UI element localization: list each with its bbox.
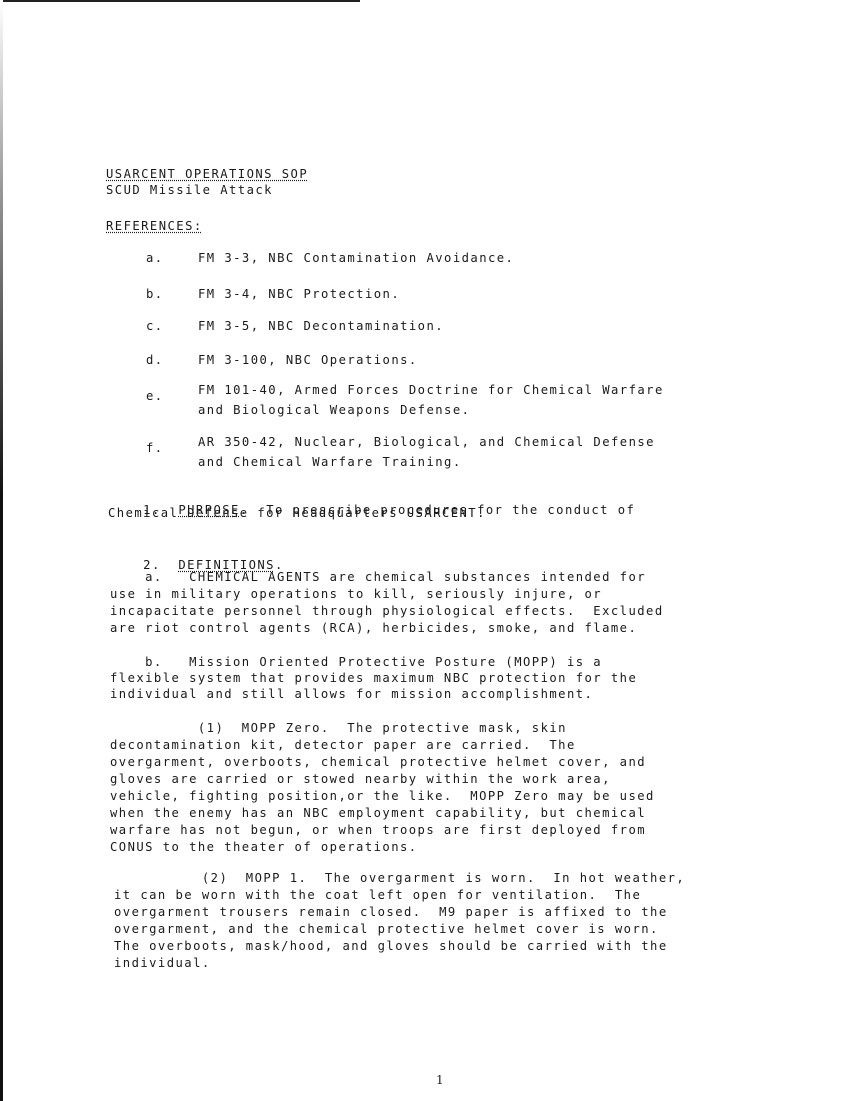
paragraph-line: The overboots, mask/hood, and gloves sho… bbox=[114, 938, 668, 954]
reference-text: and Chemical Warfare Training. bbox=[198, 454, 462, 470]
paragraph-line: overgarment, and the chemical protective… bbox=[114, 921, 659, 937]
paragraph-line: warfare has not begun, or when troops ar… bbox=[110, 822, 646, 838]
paragraph-line: use in military operations to kill, seri… bbox=[110, 586, 602, 602]
paragraph-line: (2) MOPP 1. The overgarment is worn. In … bbox=[114, 870, 685, 886]
paragraph-line: gloves are carried or stowed nearby with… bbox=[110, 771, 611, 787]
scan-edge-top bbox=[0, 0, 360, 2]
reference-label: a. bbox=[146, 250, 164, 266]
document-subtitle: SCUD Missile Attack bbox=[106, 182, 273, 198]
paragraph-line: overgarment trousers remain closed. M9 p… bbox=[114, 904, 668, 920]
paragraph-line: flexible system that provides maximum NB… bbox=[110, 670, 637, 686]
reference-label: d. bbox=[146, 352, 164, 368]
paragraph-line: vehicle, fighting position,or the like. … bbox=[110, 788, 655, 804]
section-text: Chemical Defense for Headquarters USARCE… bbox=[108, 505, 486, 521]
reference-text: FM 3-100, NBC Operations. bbox=[198, 352, 418, 368]
document-title: USARCENT OPERATIONS SOP bbox=[106, 166, 308, 182]
page-number: 1 bbox=[436, 1073, 444, 1087]
paragraph-line: decontamination kit, detector paper are … bbox=[110, 737, 576, 753]
paragraph-line: individual. bbox=[114, 955, 211, 971]
paragraph-line: overgarment, overboots, chemical protect… bbox=[110, 754, 646, 770]
paragraph-line: (1) MOPP Zero. The protective mask, skin bbox=[110, 720, 567, 736]
reference-text: FM 3-4, NBC Protection. bbox=[198, 286, 400, 302]
reference-text: FM 3-3, NBC Contamination Avoidance. bbox=[198, 250, 514, 266]
paragraph-line: it can be worn with the coat left open f… bbox=[114, 887, 641, 903]
paragraph-line: b. Mission Oriented Protective Posture (… bbox=[110, 654, 602, 670]
paragraph-line: a. CHEMICAL AGENTS are chemical substanc… bbox=[110, 569, 646, 585]
reference-text: FM 101-40, Armed Forces Doctrine for Che… bbox=[198, 382, 664, 398]
reference-label: b. bbox=[146, 286, 164, 302]
paragraph-line: when the enemy has an NBC employment cap… bbox=[110, 805, 646, 821]
paragraph-line: CONUS to the theater of operations. bbox=[110, 839, 418, 855]
paragraph-line: individual and still allows for mission … bbox=[110, 686, 593, 702]
references-heading: REFERENCES: bbox=[106, 218, 203, 234]
scan-edge-left bbox=[0, 0, 3, 1101]
reference-text: AR 350-42, Nuclear, Biological, and Chem… bbox=[198, 434, 655, 450]
reference-label: f. bbox=[146, 440, 164, 456]
paragraph-line: are riot control agents (RCA), herbicide… bbox=[110, 620, 637, 636]
reference-text: and Biological Weapons Defense. bbox=[198, 402, 470, 418]
reference-label: e. bbox=[146, 388, 164, 404]
reference-label: c. bbox=[146, 318, 164, 334]
reference-text: FM 3-5, NBC Decontamination. bbox=[198, 318, 444, 334]
paragraph-line: incapacitate personnel through physiolog… bbox=[110, 603, 664, 619]
